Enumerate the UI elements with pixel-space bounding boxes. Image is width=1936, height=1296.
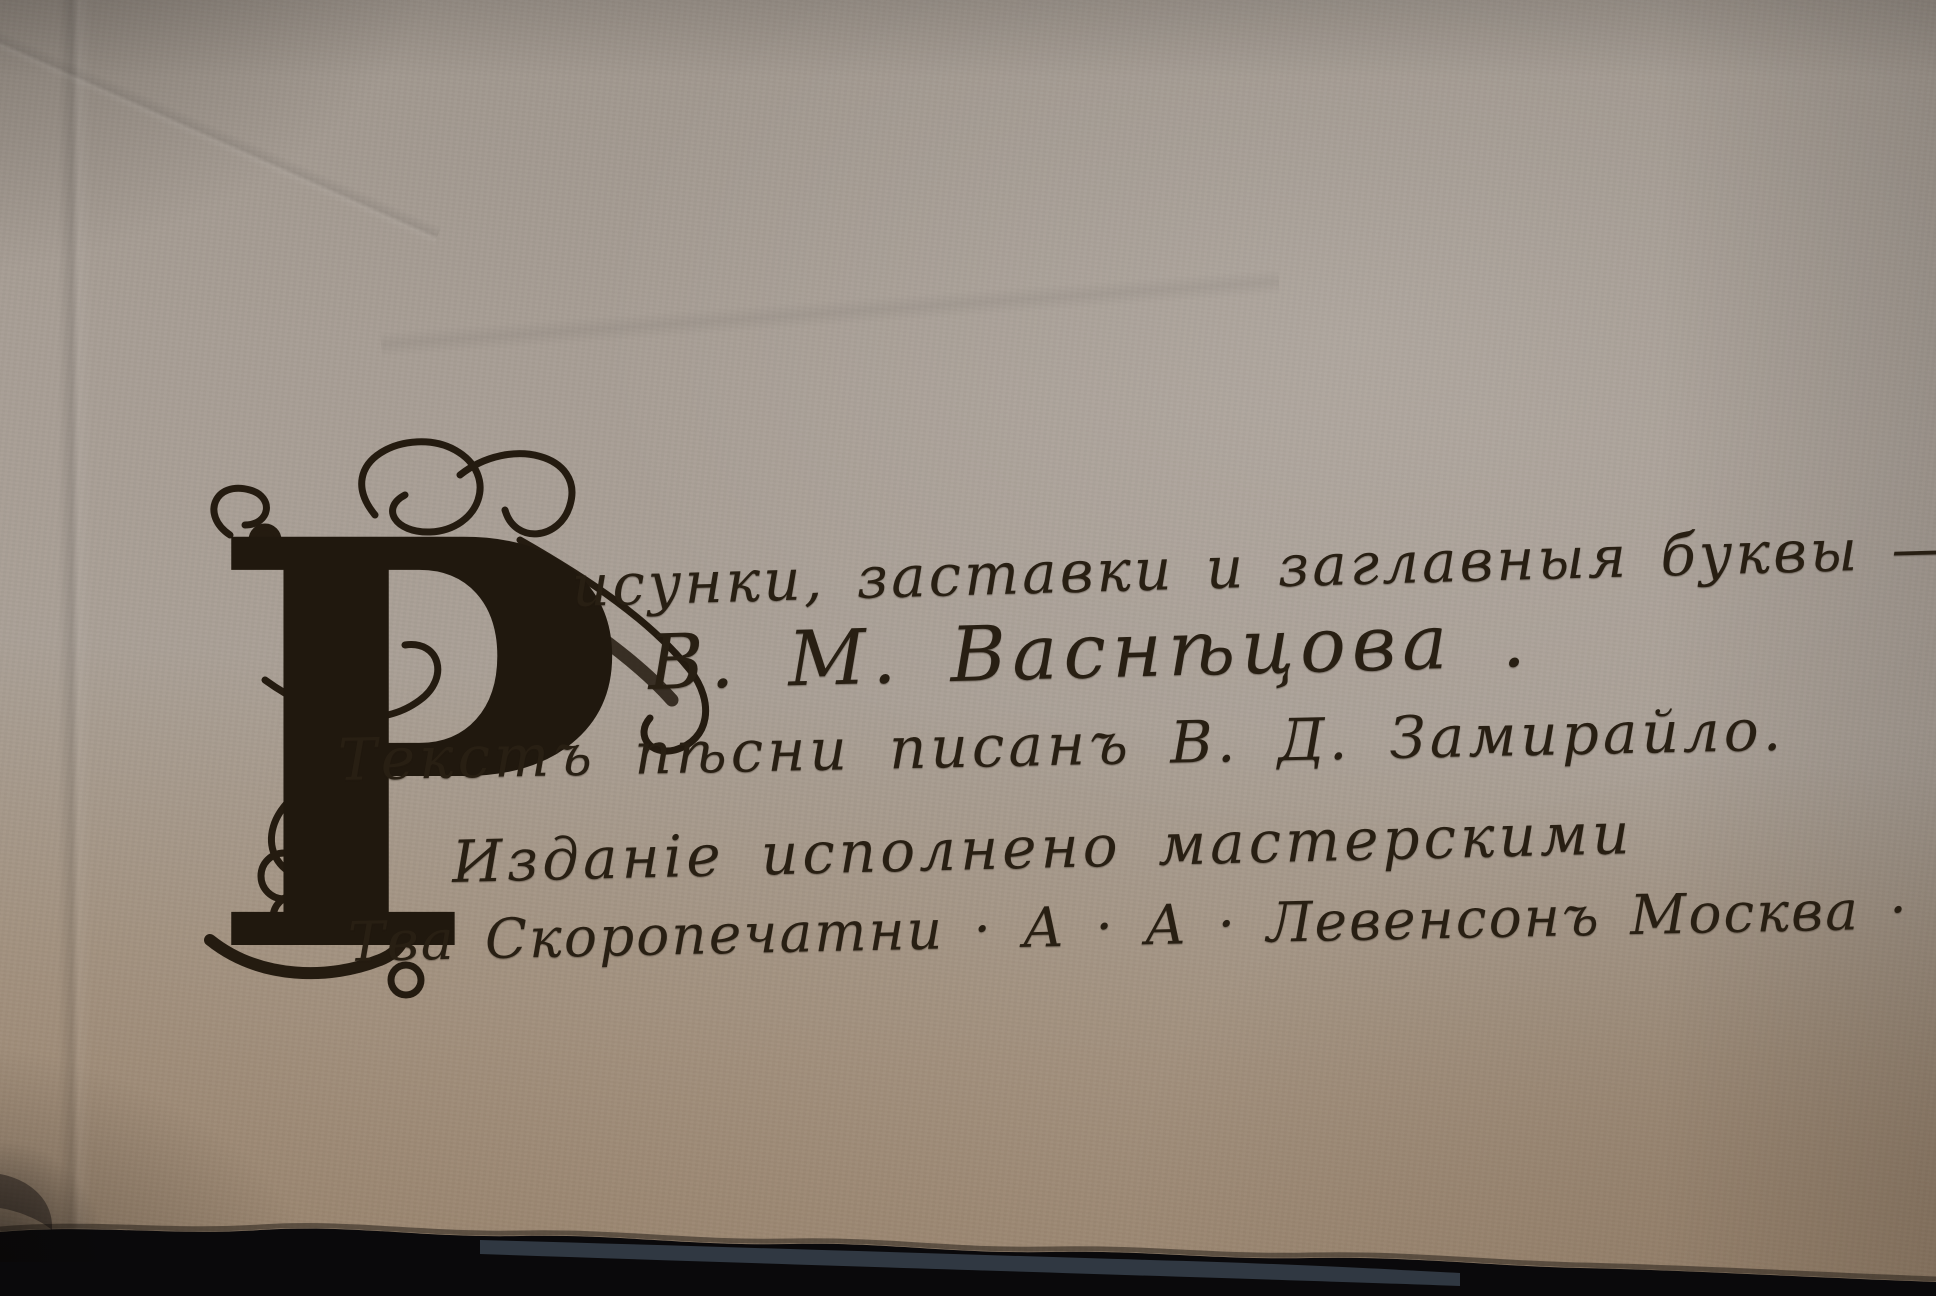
torn-page-edge: [0, 1166, 1936, 1296]
colophon-text-block: исунки, заставки и заглавныя буквы — В. …: [0, 0, 1936, 1296]
page-corner-shadow: [0, 1072, 150, 1262]
photo-of-book-page: Р исунки, заставки и заглавныя буквы — В…: [0, 0, 1936, 1296]
colophon-line-4: Изданіе исполнено мастерскими: [451, 799, 1634, 896]
colophon-line-3: Текстъ пѣсни писанъ В. Д. Замирайло.: [337, 696, 1785, 794]
